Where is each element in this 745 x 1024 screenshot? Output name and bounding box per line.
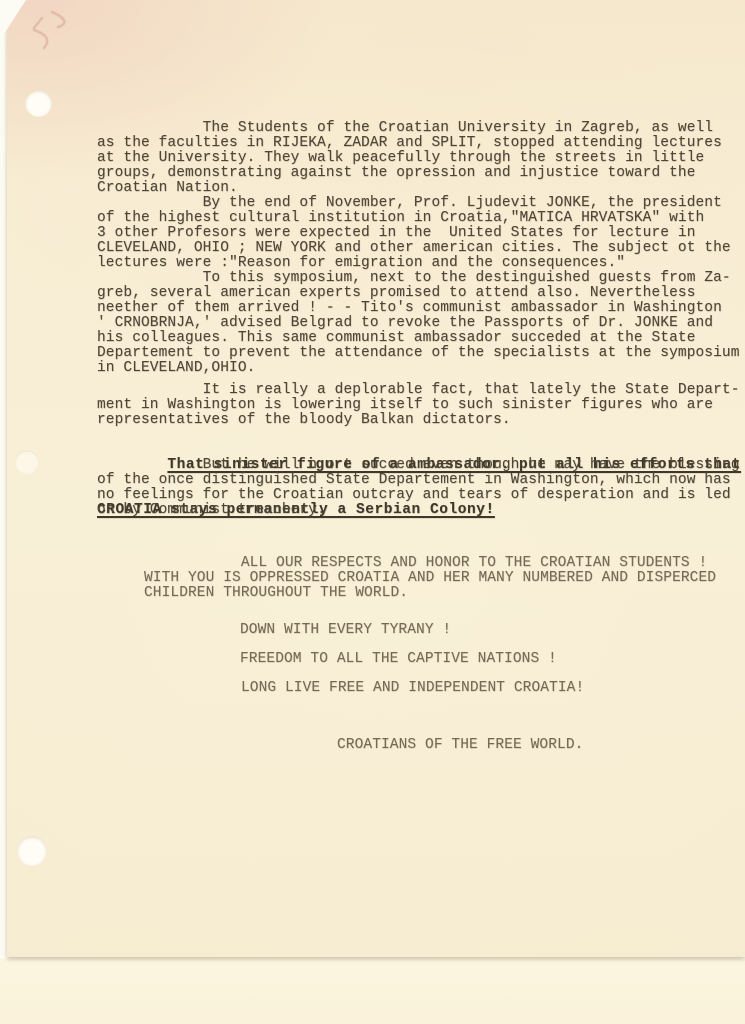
pencil-scribble-mark (18, 6, 84, 62)
paragraph-deplorable-fact: It is really a deplorable fact, that lat… (97, 383, 740, 428)
signature-croatians-free-world: CROATIANS OF THE FREE WORLD. (337, 738, 583, 753)
slogan-long-live-croatia: LONG LIVE FREE AND INDEPENDENT CROATIA! (241, 681, 584, 696)
paragraph-he-will-not-succeed: But he will n o t succed even though he … (97, 458, 740, 518)
punch-hole-bottom (17, 836, 47, 866)
slogan-freedom-captive-nations: FREEDOM TO ALL THE CAPTIVE NATIONS ! (240, 652, 557, 667)
underlying-sheet (0, 959, 745, 1024)
slogan-respects-students: ALL OUR RESPECTS AND HONOR TO THE CROATI… (144, 556, 716, 601)
slogan-down-with-tyranny: DOWN WITH EVERY TYRANY ! (240, 623, 451, 638)
paragraph-symposium-ambassador: To this symposium, next to the destingui… (97, 271, 740, 376)
punch-hole-middle (15, 450, 39, 474)
scanned-typewritten-page: The Students of the Croatian University … (0, 0, 745, 1024)
punch-hole-top (25, 90, 52, 117)
paragraph-jonke-lectures: By the end of November, Prof. Ljudevit J… (97, 196, 731, 271)
paragraph-students-strike: The Students of the Croatian University … (97, 121, 722, 196)
